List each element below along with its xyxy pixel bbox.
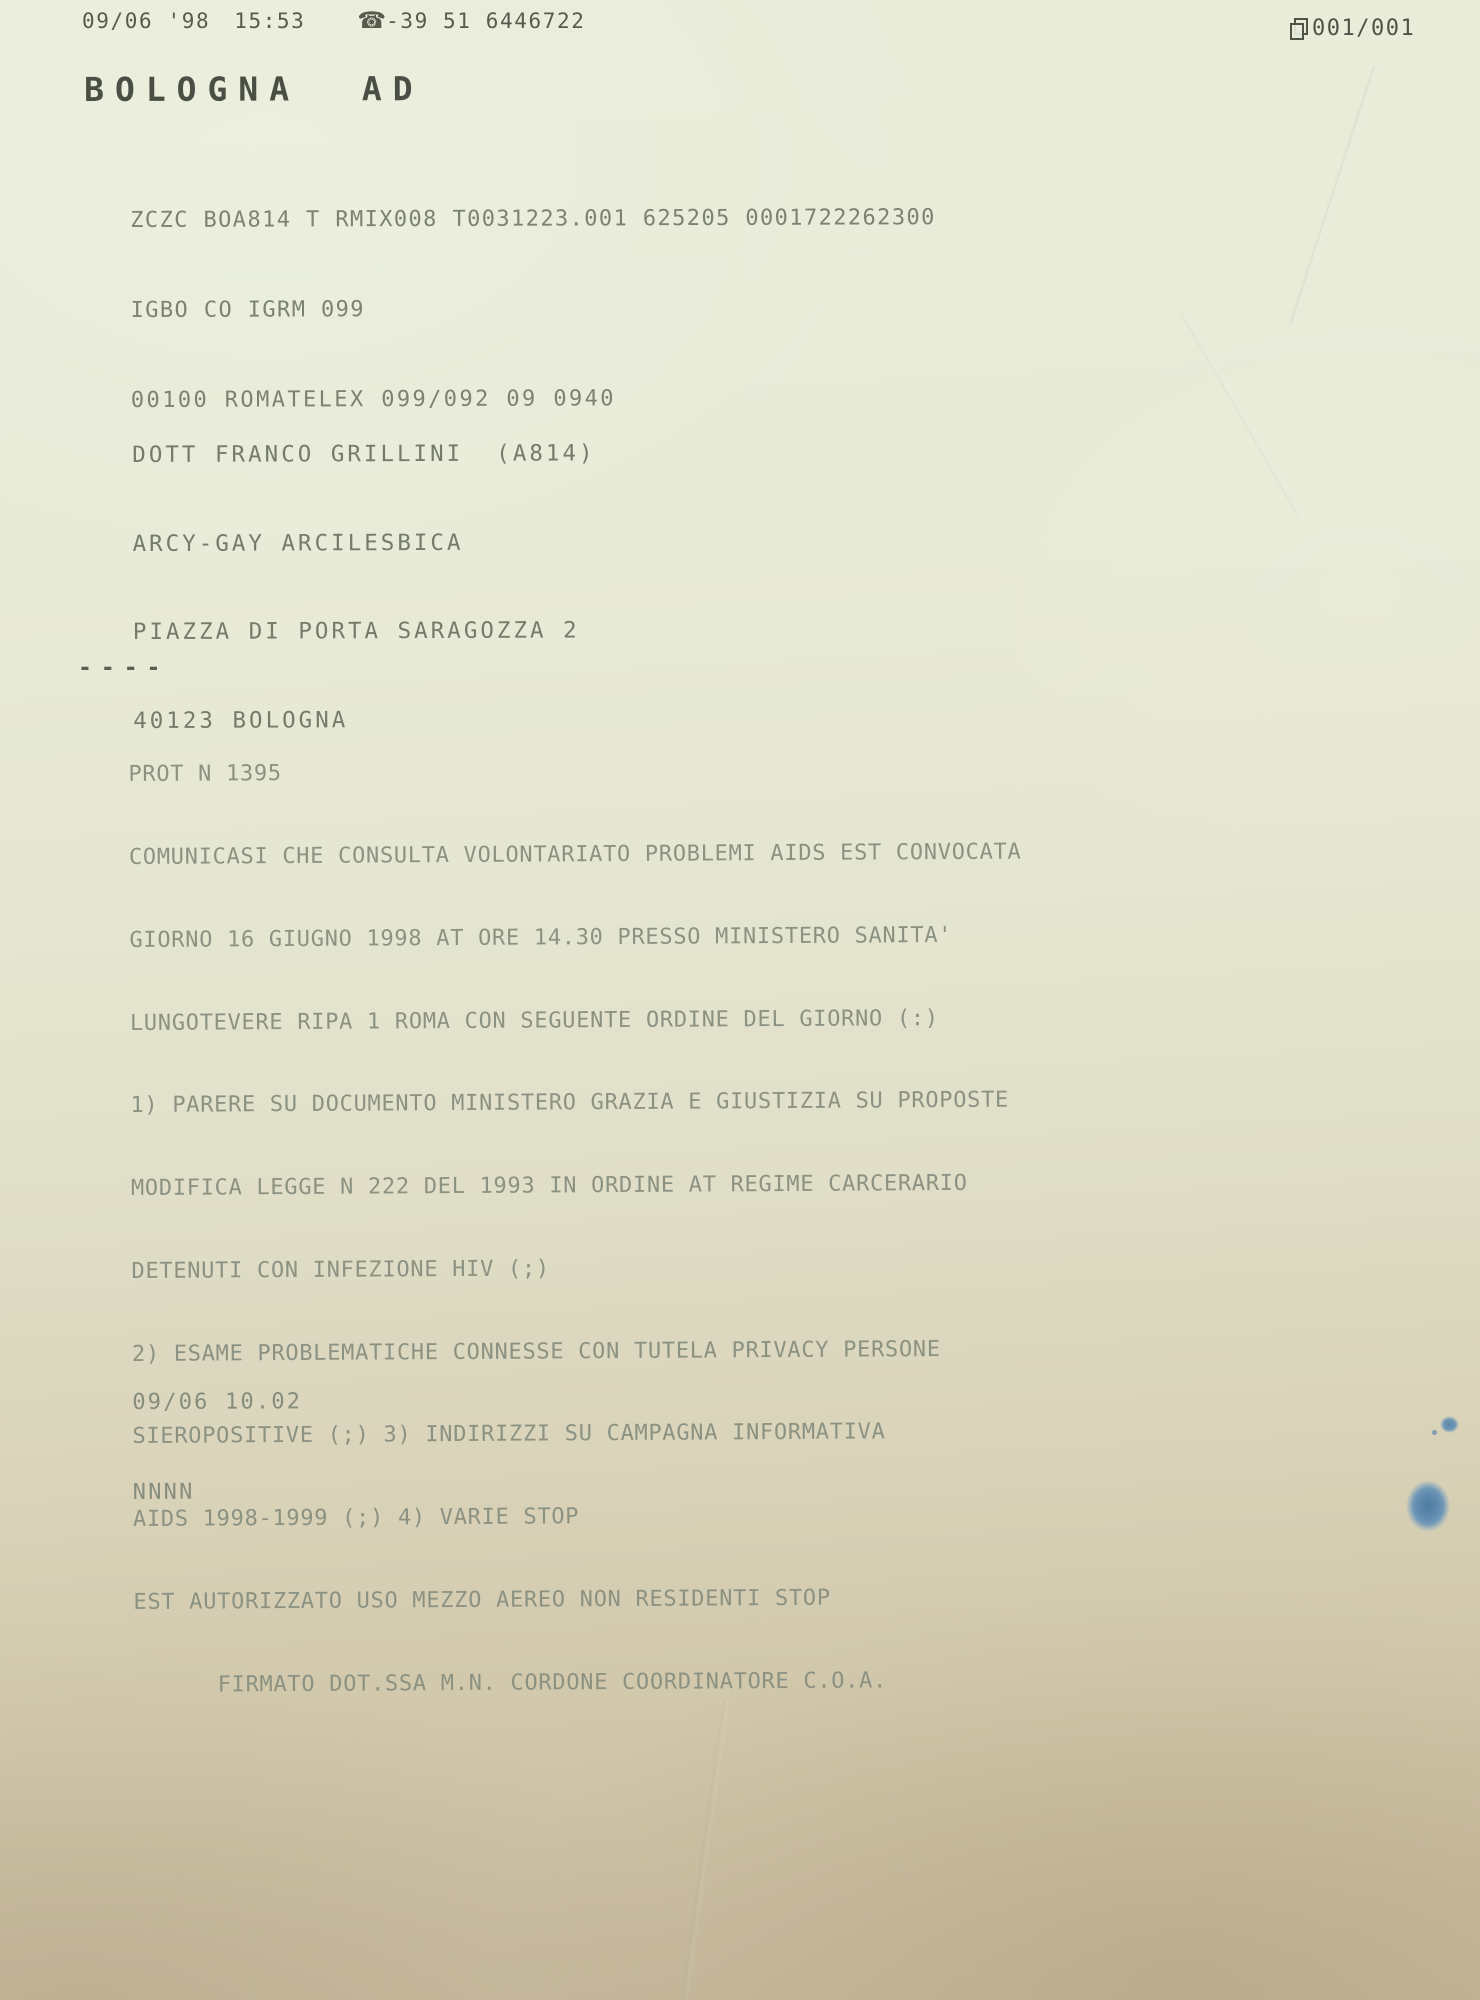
message-line: COMUNICASI CHE CONSULTA VOLONTARIATO PRO… [129,839,1022,872]
message-line: MODIFICA LEGGE N 222 DEL 1993 IN ORDINE … [131,1170,1024,1203]
document-pages-icon [1290,18,1308,40]
recipient-line: PIAZZA DI PORTA SARAGOZZA 2 [133,616,596,647]
paper-crease [1181,314,1301,516]
fax-time: 15:53 [234,9,305,33]
phone-icon: ☎ [357,8,386,34]
footer-line: 09/06 10.02 [132,1387,302,1418]
separator-dashes: ---- [78,655,169,681]
scanned-paper: 09/06 '98 15:53 ☎ -39 51 6446722 001/001… [0,0,1480,2000]
telex-header-line: ZCZC BOA814 T RMIX008 T0031223.001 62520… [130,203,936,236]
ink-stain-dot [1440,1416,1459,1433]
fax-date: 09/06 '98 [82,9,210,33]
fax-phone-number: -39 51 6446722 [386,9,585,33]
message-line: EST AUTORIZZATO USO MEZZO AEREO NON RESI… [133,1584,1026,1617]
message-line: 1) PARERE SU DOCUMENTO MINISTERO GRAZIA … [130,1087,1023,1120]
footer-line: NNNN [133,1477,303,1508]
message-line: PROT N 1395 [128,756,1021,789]
message-line: FIRMATO DOT.SSA M.N. CORDONE COORDINATOR… [134,1666,1027,1699]
message-body: PROT N 1395 COMUNICASI CHE CONSULTA VOLO… [128,701,1027,1755]
recipient-line: DOTT FRANCO GRILLINI (A814) [132,439,595,470]
ink-stain-blob [1406,1478,1452,1532]
telex-header-line: IGBO CO IGRM 099 [131,293,937,326]
station-id: BOLOGNA AD [84,69,424,109]
fax-page-counter: 001/001 [1290,16,1415,41]
ink-stain-speck [1432,1430,1437,1435]
transmission-footer: 09/06 10.02 NNNN [132,1327,303,1568]
message-line: GIORNO 16 GIUGNO 1998 AT ORE 14.30 PRESS… [129,921,1022,954]
message-line: LUNGOTEVERE RIPA 1 ROMA CON SEGUENTE ORD… [130,1004,1023,1037]
recipient-line: ARCY-GAY ARCILESBICA [133,528,596,559]
message-line: DETENUTI CON INFEZIONE HIV (;) [131,1252,1024,1285]
fax-page-count: 001/001 [1312,16,1415,41]
fax-header: 09/06 '98 15:53 ☎ -39 51 6446722 [82,8,585,34]
